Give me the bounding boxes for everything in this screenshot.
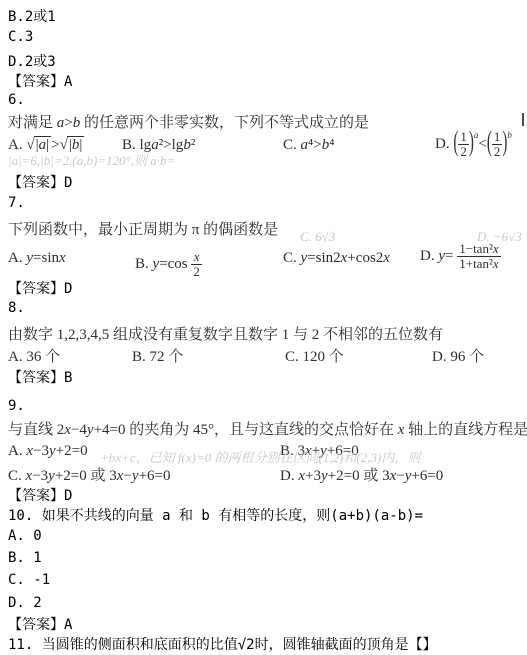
q6-option-d-prefix: D.: [435, 136, 450, 152]
q10-answer-line: 【答案】A: [8, 614, 72, 634]
scan-ghost-text: C. 6√3: [300, 229, 335, 245]
q10-option-d: D. 2: [8, 595, 42, 611]
fraction-denominator: 1+tan²x: [457, 257, 500, 271]
q6-option-d-relation: <: [478, 136, 486, 152]
prelude-option-d: D.2或3: [8, 51, 56, 71]
fraction: 12: [458, 130, 469, 160]
fraction-numerator: 1: [458, 130, 469, 145]
q7-answer-line: 【答案】D: [8, 278, 72, 298]
prelude-answer-line: 【答案】A: [8, 71, 72, 91]
q8-stem: 由数字 1,2,3,4,5 组成没有重复数字且数字 1 与 2 不相邻的五位数有: [8, 323, 443, 344]
scan-ghost-text: +bx+c，已知 f(x)=0 的两根分别在区间(1,2)和(2,3)内，则: [100, 447, 420, 466]
q6-option-d: D. (12)a<(12)b: [435, 130, 512, 160]
fraction: 12: [492, 130, 503, 160]
q11-stem: 11. 当圆锥的侧面积和底面积的比值√2时，圆锥轴截面的顶角是【】: [8, 634, 437, 654]
left-paren: (: [487, 128, 492, 160]
fraction-denominator: 2: [458, 145, 469, 159]
left-paren: (: [453, 128, 458, 160]
exponent: b: [507, 130, 512, 140]
q8-option-a: A. 36 个: [8, 345, 60, 366]
fraction-denominator: 2: [191, 265, 202, 279]
q7-option-b: B. y=cos x2: [135, 250, 202, 280]
q8-option-c: C. 120 个: [285, 345, 344, 366]
fraction-numerator: 1: [492, 130, 503, 145]
q8-answer-line: 【答案】B: [8, 367, 72, 387]
fraction: x2: [191, 250, 202, 280]
q9-stem: 与直线 2x−4y+4=0 的夹角为 45°，且与这直线的交点恰好在 x 轴上的…: [8, 418, 527, 439]
fraction: 1−tan²x1+tan²x: [457, 242, 500, 272]
q8-number: 8.: [8, 300, 25, 316]
fraction-denominator: 2: [492, 145, 503, 159]
q10-option-c: C. -1: [8, 572, 50, 588]
q9-option-c: C. x−3y+2=0 或 3x−y+6=0: [8, 464, 170, 485]
scan-edge-artifact: [522, 113, 524, 126]
q7-options-row: A. y=sinx B. y=cos x2 C. y=sin2x+cos2x D…: [0, 236, 527, 278]
q8-option-d: D. 96 个: [432, 345, 484, 366]
q9-option-a: A. x−3y+2=0: [8, 443, 88, 460]
document-page: { "page": {"bg": "#ffffff", "typed_ink":…: [0, 0, 527, 655]
q8-options-row: A. 36 个 B. 72 个 C. 120 个 D. 96 个: [0, 345, 527, 365]
q6-option-c: C. a⁴>b⁴: [283, 137, 334, 154]
q7-number: 7.: [8, 195, 25, 211]
q10-option-b: B. 1: [8, 550, 42, 566]
q7-option-c: C. y=sin2x+cos2x: [283, 250, 390, 267]
q6-answer-line: 【答案】D: [8, 172, 72, 192]
q8-option-b: B. 72 个: [132, 345, 183, 366]
right-paren: ): [469, 128, 474, 160]
q6-number: 6.: [8, 92, 25, 108]
prelude-option-c: C.3: [8, 29, 33, 45]
q10-option-a: A. 0: [8, 528, 42, 544]
q9-answer-line: 【答案】D: [8, 485, 72, 505]
fraction-numerator: x: [191, 250, 202, 265]
scan-ghost-text: D. −6√3: [477, 229, 522, 245]
q10-stem: 10. 如果不共线的向量 a 和 b 有相等的长度，则(a+b)(a-b)=: [8, 505, 423, 525]
right-paren: ): [502, 128, 507, 160]
scan-ghost-text: |a|=6,|b|=2,(a,b)=120°,则 a·b=: [8, 150, 175, 169]
q7-option-a: A. y=sinx: [8, 250, 66, 267]
q9-number: 9.: [8, 398, 25, 414]
prelude-option-b: B.2或1: [8, 6, 56, 26]
q7-option-d-prefix: D. y=: [420, 248, 453, 264]
q9-option-d: D. x+3y+2=0 或 3x−y+6=0: [280, 464, 443, 485]
q7-option-d: D. y= 1−tan²x1+tan²x: [420, 242, 501, 272]
q7-option-b-prefix: B. y=cos: [135, 256, 188, 272]
